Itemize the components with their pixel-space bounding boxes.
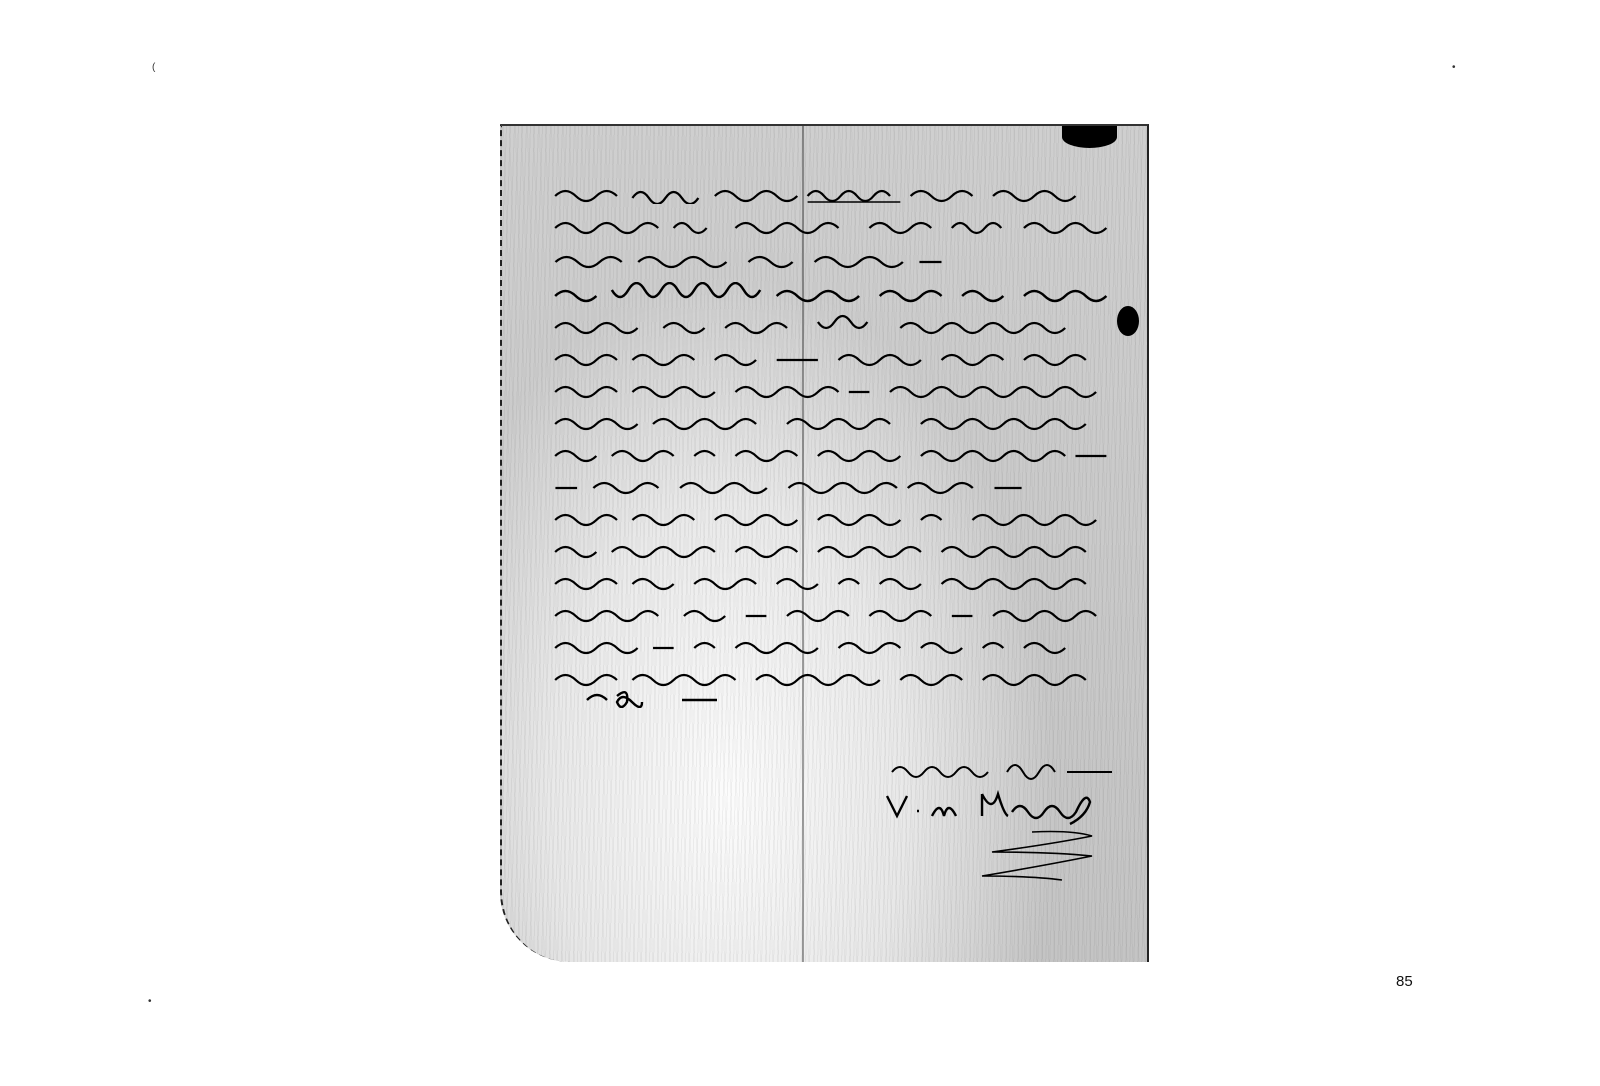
signature bbox=[882, 786, 1112, 826]
scan-artifact-mark: • bbox=[148, 996, 152, 1007]
handwritten-line bbox=[550, 602, 1127, 624]
handwritten-line bbox=[550, 506, 1127, 528]
handwritten-line bbox=[550, 442, 1127, 464]
signature-flourish bbox=[972, 826, 1102, 886]
handwritten-line bbox=[550, 214, 1127, 236]
letter-sheet bbox=[500, 124, 1149, 962]
handwritten-line bbox=[550, 248, 947, 270]
closing-line bbox=[887, 756, 1117, 780]
scan-artifact-mark: • bbox=[1452, 62, 1456, 73]
handwritten-line bbox=[550, 538, 1127, 560]
scan-artifact-mark: ( bbox=[152, 62, 155, 73]
page-number: 85 bbox=[1396, 973, 1413, 990]
ink-blot bbox=[1062, 126, 1117, 148]
handwritten-line bbox=[550, 346, 1127, 368]
handwritten-line bbox=[550, 666, 1127, 688]
handwritten-line bbox=[550, 182, 1127, 204]
handwritten-line bbox=[550, 282, 1127, 304]
handwritten-line bbox=[550, 314, 1127, 336]
handwritten-line bbox=[550, 378, 1127, 400]
handwritten-line bbox=[550, 634, 1127, 656]
handwritten-line bbox=[582, 686, 727, 708]
handwritten-line bbox=[550, 474, 1027, 496]
handwritten-line bbox=[550, 410, 1127, 432]
handwritten-line bbox=[550, 570, 1127, 592]
